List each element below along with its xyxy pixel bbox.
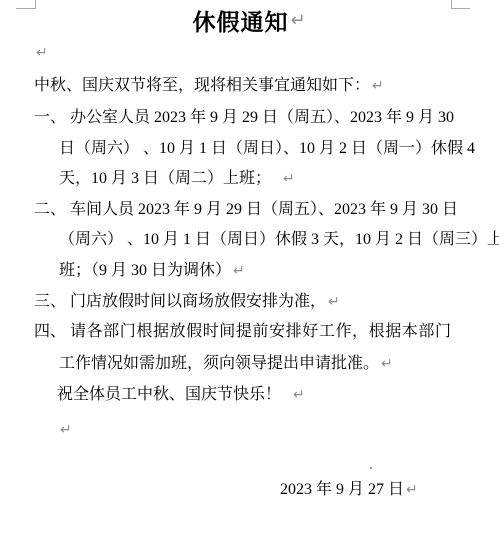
list-item-2-line-2: （周六） 、10 月 1 日（周日）休假 3 天，10 月 2 日（周三）上 <box>59 230 451 250</box>
paragraph-mark: ↵ <box>283 171 295 187</box>
list-item-2-line-1: 二、车间人员 2023 年 9 月 29 日（周五）、2023 年 9 月 30… <box>34 200 451 220</box>
list-marker: 三、 <box>34 292 70 312</box>
paragraph-mark: ↵ <box>36 45 48 61</box>
list-item-2-text: 车间人员 2023 年 9 月 29 日（周五）、2023 年 9 月 30 日 <box>70 200 458 220</box>
date-line: 2023 年 9 月 27 日↵ <box>280 480 418 500</box>
paragraph-mark: ↵ <box>233 263 245 279</box>
closing-text: 祝全体员工中秋、国庆节快乐！ <box>57 386 281 403</box>
paragraph-mark: ↵ <box>406 482 418 498</box>
closing-paragraph: 祝全体员工中秋、国庆节快乐！↵ <box>57 385 305 405</box>
list-marker: 四、 <box>34 322 70 342</box>
list-item-1-text: 天，10 月 3 日（周二）上班； <box>59 170 271 187</box>
list-marker: 二、 <box>34 200 70 220</box>
paragraph-mark: ↵ <box>293 387 305 403</box>
list-item-1-line-3: 天，10 月 3 日（周二）上班；↵ <box>59 169 295 189</box>
paragraph-mark: ↵ <box>381 356 393 372</box>
list-item-1-text: 办公室人员 2023 年 9 月 29 日（周五）、2023 年 9 月 30 <box>70 108 454 128</box>
stray-dot <box>370 467 372 469</box>
list-item-4-text: 工作情况如需加班，须向领导提出申请批准。 <box>59 355 379 372</box>
date-text: 2023 年 9 月 27 日 <box>280 481 404 498</box>
list-item-3-line-1: 三、门店放假时间以商场放假安排为准，↵ <box>34 292 451 312</box>
list-item-1-line-2: 日（周六） 、10 月 1 日（周日）、10 月 2 日（周一）休假 4 <box>59 139 451 159</box>
list-item-2-text: 班；（9 月 30 日为调休） <box>59 262 231 279</box>
document-page[interactable]: 休假通知 ↵ ↵ 中秋、国庆双节将至，现将相关事宜通知如下：↵ 一、办公室人员 … <box>0 0 499 533</box>
title-line: 休假通知 ↵ <box>0 5 499 35</box>
empty-paragraph-line: ↵ <box>34 43 48 63</box>
paragraph-mark: ↵ <box>328 292 340 312</box>
document-title: 休假通知 <box>192 4 288 37</box>
list-item-4-line-2: 工作情况如需加班，须向领导提出申请批准。↵ <box>59 354 393 374</box>
list-item-2-line-3: 班；（9 月 30 日为调休）↵ <box>59 261 245 281</box>
intro-paragraph: 中秋、国庆双节将至，现将相关事宜通知如下：↵ <box>34 76 384 96</box>
paragraph-mark: ↵ <box>372 78 384 94</box>
list-item-4-line-1: 四、请各部门根据放假时间提前安排好工作，根据本部门 <box>34 322 451 342</box>
intro-text: 中秋、国庆双节将至，现将相关事宜通知如下： <box>34 77 370 94</box>
list-item-3-text: 门店放假时间以商场放假安排为准， <box>70 292 326 312</box>
list-item-1-line-1: 一、办公室人员 2023 年 9 月 29 日（周五）、2023 年 9 月 3… <box>34 108 451 128</box>
list-item-2-text: （周六） 、10 月 1 日（周日）休假 3 天，10 月 2 日（周三）上 <box>59 230 451 250</box>
list-marker: 一、 <box>34 108 70 128</box>
paragraph-mark: ↵ <box>290 10 306 31</box>
list-item-1-text: 日（周六） 、10 月 1 日（周日）、10 月 2 日（周一）休假 4 <box>59 139 451 159</box>
empty-paragraph-line: ↵ <box>58 420 72 440</box>
list-item-4-text: 请各部门根据放假时间提前安排好工作，根据本部门 <box>70 322 451 342</box>
paragraph-mark: ↵ <box>60 422 72 438</box>
